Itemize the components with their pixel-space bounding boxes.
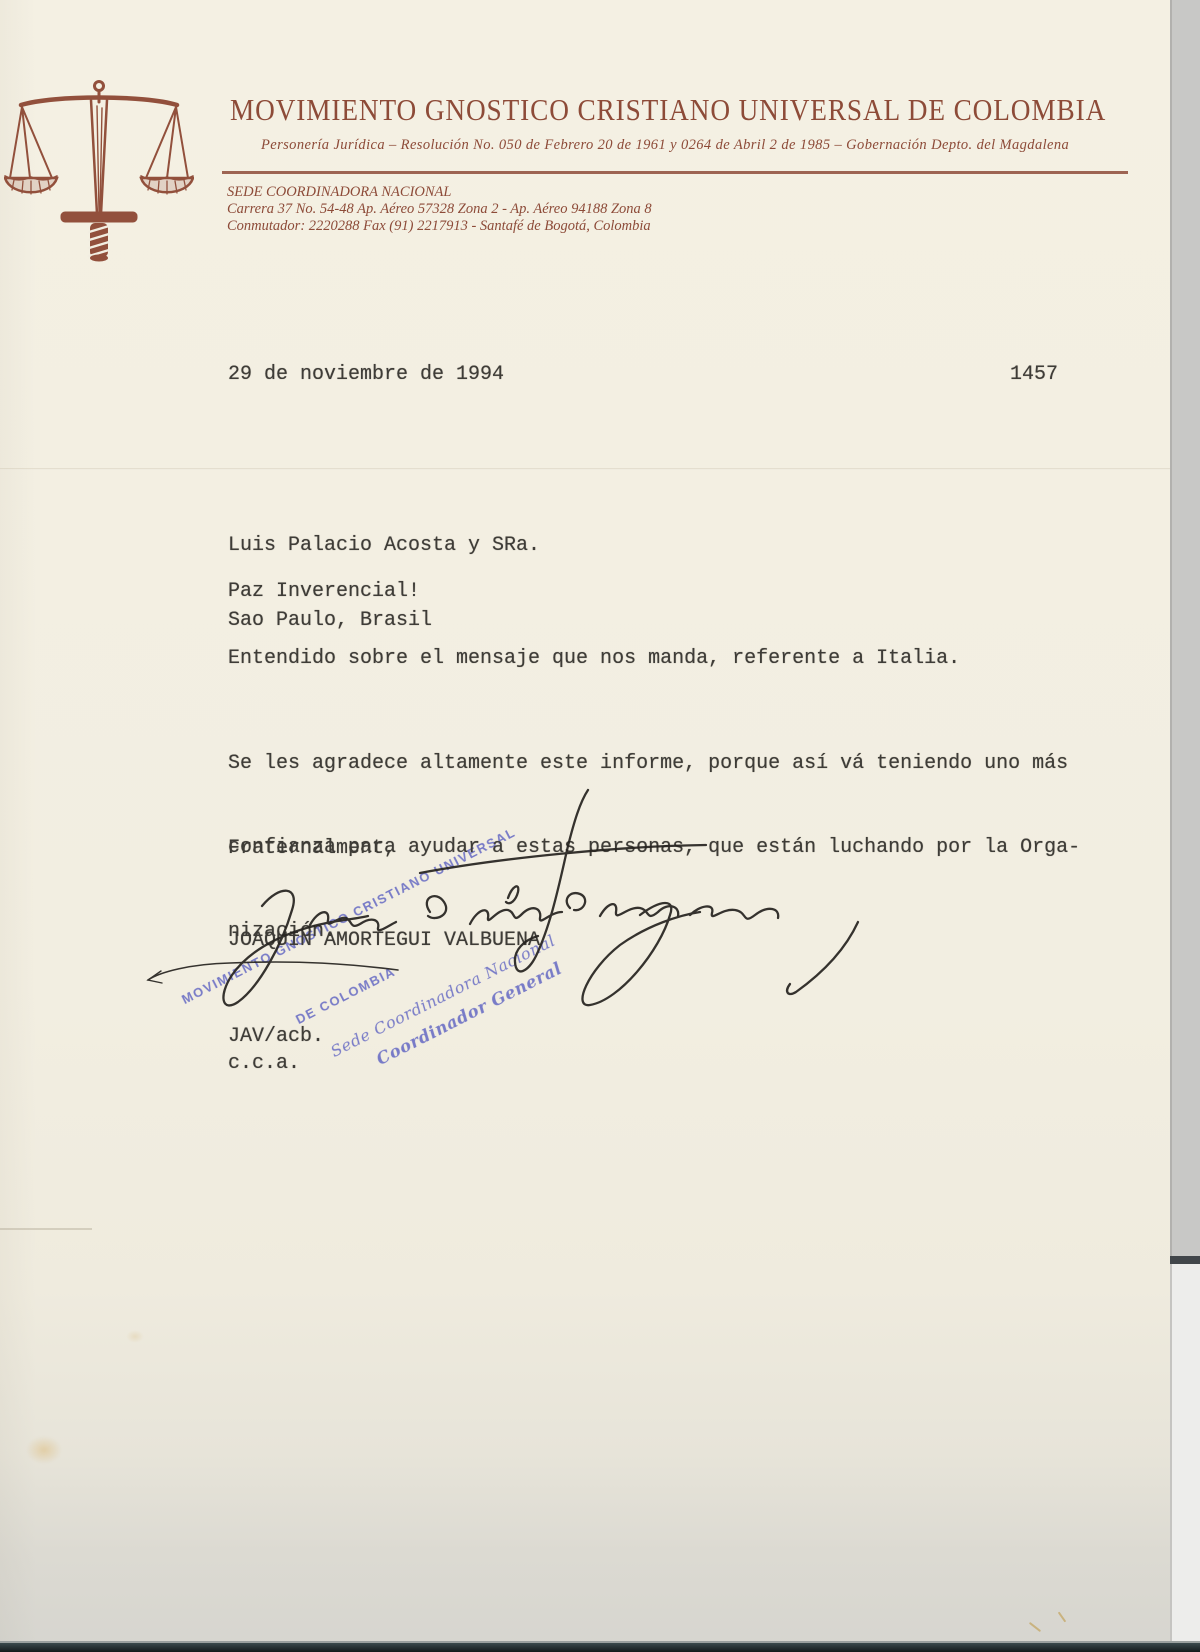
- body-paragraph-1: Entendido sobre el mensaje que nos manda…: [228, 646, 960, 671]
- recipient-city: Sao Paulo, Brasil: [228, 608, 540, 633]
- salutation: Paz Inverencial!: [228, 579, 420, 604]
- signer-typed-name: JOAQUIN AMORTEGUI VALBUENA: [228, 928, 540, 953]
- paper-crease: [0, 468, 1200, 470]
- scanner-bed-right-strip: [1170, 0, 1200, 1256]
- office-address-block: SEDE COORDINADORA NACIONAL Carrera 37 No…: [227, 184, 652, 236]
- paper-stain: [126, 1330, 144, 1343]
- scanner-bed-right-lower-strip: [1170, 1264, 1200, 1652]
- legal-registration-line: Personería Jurídica – Resolución No. 050…: [261, 137, 1069, 154]
- scales-of-justice-logo-icon: [4, 66, 194, 262]
- paper-crease: [0, 1228, 92, 1230]
- scanner-bed-bottom-strip: [0, 1643, 1200, 1652]
- paper-fiber-speck: [1029, 1622, 1041, 1632]
- paper-fiber-speck: [1058, 1612, 1067, 1623]
- office-phone-line: Conmutador: 2220288 Fax (91) 2217913 - S…: [227, 218, 652, 235]
- scanned-letter-page: MOVIMIENTO GNOSTICO CRISTIANO UNIVERSAL …: [0, 0, 1200, 1652]
- body-line: Se les agradece altamente este informe, …: [228, 750, 1080, 778]
- cc-line: c.c.a.: [228, 1051, 300, 1076]
- reference-initials: JAV/acb.: [228, 1024, 324, 1049]
- letter-date: 29 de noviembre de 1994: [228, 362, 504, 387]
- closing-line: Fraternalment,: [228, 836, 396, 861]
- letterhead-divider: [222, 171, 1128, 174]
- org-name-heading: MOVIMIENTO GNOSTICO CRISTIANO UNIVERSAL …: [230, 92, 1106, 128]
- office-name: SEDE COORDINADORA NACIONAL: [227, 184, 652, 201]
- paper-stain: [26, 1436, 62, 1464]
- scanner-bed-right-mark: [1170, 1256, 1200, 1264]
- letter-ref-number: 1457: [1010, 362, 1058, 387]
- recipient-name: Luis Palacio Acosta y SRa.: [228, 533, 540, 558]
- office-street-address: Carrera 37 No. 54-48 Ap. Aéreo 57328 Zon…: [227, 201, 652, 218]
